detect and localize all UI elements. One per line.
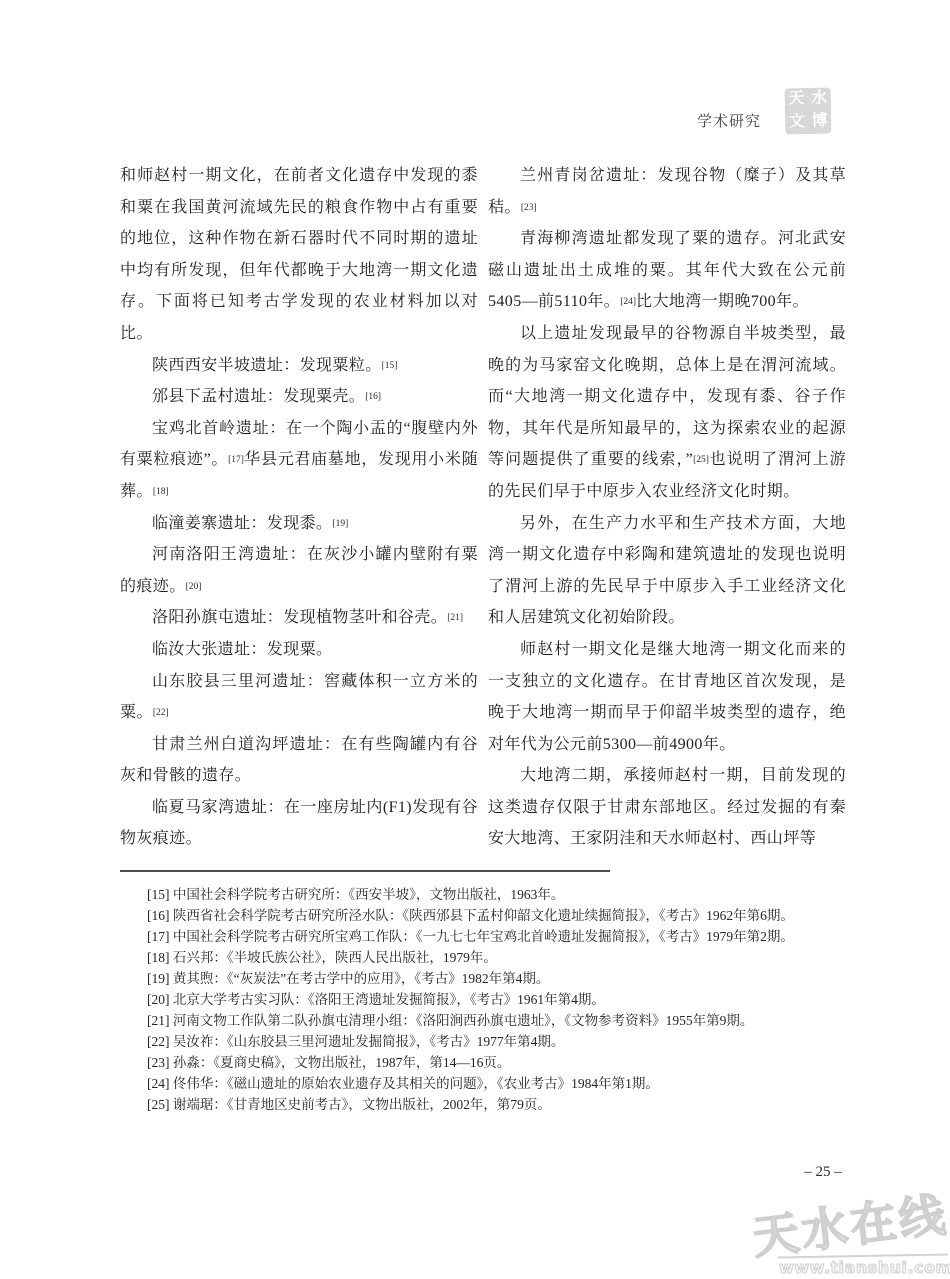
footnotes: [15] 中国社会科学院考古研究所：《西安半坡》，文物出版社，1963年。[16…	[120, 884, 846, 1115]
footnote-marker: [22]	[153, 708, 169, 718]
footnote-marker: [23]	[521, 203, 537, 213]
page-number: – 25 –	[768, 1164, 878, 1181]
footnote: [22] 吴汝祚：《山东胶县三里河遗址发掘简报》，《考古》1977年第4期。	[120, 1031, 846, 1052]
body-paragraph: 宝鸡北首岭遗址：在一个陶小盂的“腹壁内外有粟粒痕迹”。[17]华县元君庙墓地，发…	[120, 413, 478, 508]
body-paragraph: 临潼姜寨遗址：发现黍。[19]	[120, 508, 478, 540]
text-run: 甘肃兰州白道沟坪遗址：在有些陶罐内有谷灰和骨骸的遗存。	[120, 736, 478, 785]
body-paragraph: 陕西西安半坡遗址：发现粟粒。[15]	[120, 350, 478, 382]
footnote-separator-rule	[120, 870, 610, 872]
text-run: 洛阳孙旗屯遗址：发现植物茎叶和谷壳。	[152, 609, 447, 626]
section-header-label: 学术研究	[697, 110, 761, 131]
footnote: [16] 陕西省社会科学院考古研究所泾水队：《陕西邠县下孟村仰韶文化遗址续掘简报…	[120, 905, 846, 926]
body-paragraph: 大地湾二期，承接师赵村一期，目前发现的这类遗存仅限于甘肃东部地区。经过发掘的有秦…	[488, 760, 846, 855]
watermark-url: www.tianshui.com.cn	[779, 1258, 950, 1277]
text-run: 师赵村一期文化是继大地湾一期文化而来的一支独立的文化遗存。在甘青地区首次发现，是…	[488, 641, 846, 753]
body-paragraph: 山东胶县三里河遗址：窖藏体积一立方米的粟。[22]	[120, 666, 478, 729]
footnote-marker: [25]	[693, 455, 709, 465]
text-run: 兰州青岗岔遗址：发现谷物（糜子）及其草秸。	[488, 167, 846, 216]
seal-char: 天	[785, 88, 808, 111]
text-run: 另外，在生产力水平和生产技术方面，大地湾一期文化遗存中彩陶和建筑遗址的发现也说明…	[488, 515, 846, 627]
seal-stamp: 天水文博	[785, 88, 832, 135]
body-paragraph: 兰州青岗岔遗址：发现谷物（糜子）及其草秸。[23]	[488, 160, 846, 223]
body-paragraph: 青海柳湾遗址都发现了粟的遗存。河北武安磁山遗址出土成堆的粟。其年代大致在公元前5…	[488, 223, 846, 318]
footnote: [23] 孙淼：《夏商史稿》，文物出版社，1987年，第14—16页。	[120, 1052, 846, 1073]
footnote-marker: [17]	[228, 455, 244, 465]
body-paragraph: 临夏马家湾遗址：在一座房址内(F1)发现有谷物灰痕迹。	[120, 792, 478, 855]
footnote-marker: [20]	[186, 582, 202, 592]
footnote-marker: [24]	[620, 297, 636, 307]
footnote: [18] 石兴邦：《半坡氏族公社》，陕西人民出版社，1979年。	[120, 947, 846, 968]
text-run: 陕西西安半坡遗址：发现粟粒。	[152, 357, 382, 374]
seal-char: 文	[785, 111, 808, 134]
document-page: 学术研究 天水文博 和师赵村一期文化，在前者文化遗存中发现的黍和粟在我国黄河流域…	[0, 0, 950, 1279]
seal-char: 水	[808, 88, 831, 111]
seal-char: 博	[808, 111, 831, 134]
footnote-marker: [18]	[153, 487, 169, 497]
footnote: [17] 中国社会科学院考古研究所宝鸡工作队：《一九七七年宝鸡北首岭遗址发掘简报…	[120, 926, 846, 947]
body-paragraph: 师赵村一期文化是继大地湾一期文化而来的一支独立的文化遗存。在甘青地区首次发现，是…	[488, 634, 846, 760]
body-paragraph: 另外，在生产力水平和生产技术方面，大地湾一期文化遗存中彩陶和建筑遗址的发现也说明…	[488, 508, 846, 634]
footnote: [24] 佟伟华：《磁山遗址的原始农业遗存及其相关的问题》，《农业考古》1984…	[120, 1073, 846, 1094]
footnote: [15] 中国社会科学院考古研究所：《西安半坡》，文物出版社，1963年。	[120, 884, 846, 905]
text-run: 河南洛阳王湾遗址：在灰沙小罐内壁附有粟的痕迹。	[120, 546, 478, 595]
footnote: [20] 北京大学考古实习队：《洛阳王湾遗址发掘简报》，《考古》1961年第4期…	[120, 989, 846, 1010]
body-paragraph: 洛阳孙旗屯遗址：发现植物茎叶和谷壳。[21]	[120, 602, 478, 634]
text-run: 邠县下孟村遗址：发现粟壳。	[152, 388, 365, 405]
footnote-marker: [16]	[365, 392, 381, 402]
body-paragraph: 河南洛阳王湾遗址：在灰沙小罐内壁附有粟的痕迹。[20]	[120, 539, 478, 602]
body-paragraph: 和师赵村一期文化，在前者文化遗存中发现的黍和粟在我国黄河流域先民的粮食作物中占有…	[120, 160, 478, 350]
body-paragraph: 甘肃兰州白道沟坪遗址：在有些陶罐内有谷灰和骨骸的遗存。	[120, 729, 478, 792]
text-run: 山东胶县三里河遗址：窖藏体积一立方米的粟。	[120, 673, 478, 722]
text-run: 以上遗址发现最早的谷物源自半坡类型，最晚的为马家窑文化晚期，总体上是在渭河流域。…	[488, 325, 846, 468]
footnote: [21] 河南文物工作队第二队孙旗屯清理小组：《洛阳涧西孙旗屯遗址》，《文物参考…	[120, 1010, 846, 1031]
footnote-marker: [19]	[332, 519, 348, 529]
text-run: 大地湾二期，承接师赵村一期，目前发现的这类遗存仅限于甘肃东部地区。经过发掘的有秦…	[488, 767, 846, 847]
body-paragraph: 以上遗址发现最早的谷物源自半坡类型，最晚的为马家窑文化晚期，总体上是在渭河流域。…	[488, 318, 846, 508]
column-right: 兰州青岗岔遗址：发现谷物（糜子）及其草秸。[23]青海柳湾遗址都发现了粟的遗存。…	[488, 160, 846, 855]
footnote: [19] 黄其煦：《“灰炭法”在考古学中的应用》，《考古》1982年第4期。	[120, 968, 846, 989]
body-paragraph: 邠县下孟村遗址：发现粟壳。[16]	[120, 381, 478, 413]
text-run: 和师赵村一期文化，在前者文化遗存中发现的黍和粟在我国黄河流域先民的粮食作物中占有…	[120, 167, 478, 342]
text-run: 临潼姜寨遗址：发现黍。	[152, 515, 332, 532]
body-paragraph: 临汝大张遗址：发现粟。	[120, 634, 478, 666]
column-left: 和师赵村一期文化，在前者文化遗存中发现的黍和粟在我国黄河流域先民的粮食作物中占有…	[120, 160, 478, 855]
footnote: [25] 谢端琚：《甘青地区史前考古》，文物出版社，2002年，第79页。	[120, 1094, 846, 1115]
text-run: 临夏马家湾遗址：在一座房址内(F1)发现有谷物灰痕迹。	[120, 799, 478, 848]
footnote-marker: [21]	[447, 613, 463, 623]
text-run: 比大地湾一期晚700年。	[636, 293, 809, 310]
text-run: 临汝大张遗址：发现粟。	[152, 641, 332, 658]
footnote-marker: [15]	[382, 361, 398, 371]
